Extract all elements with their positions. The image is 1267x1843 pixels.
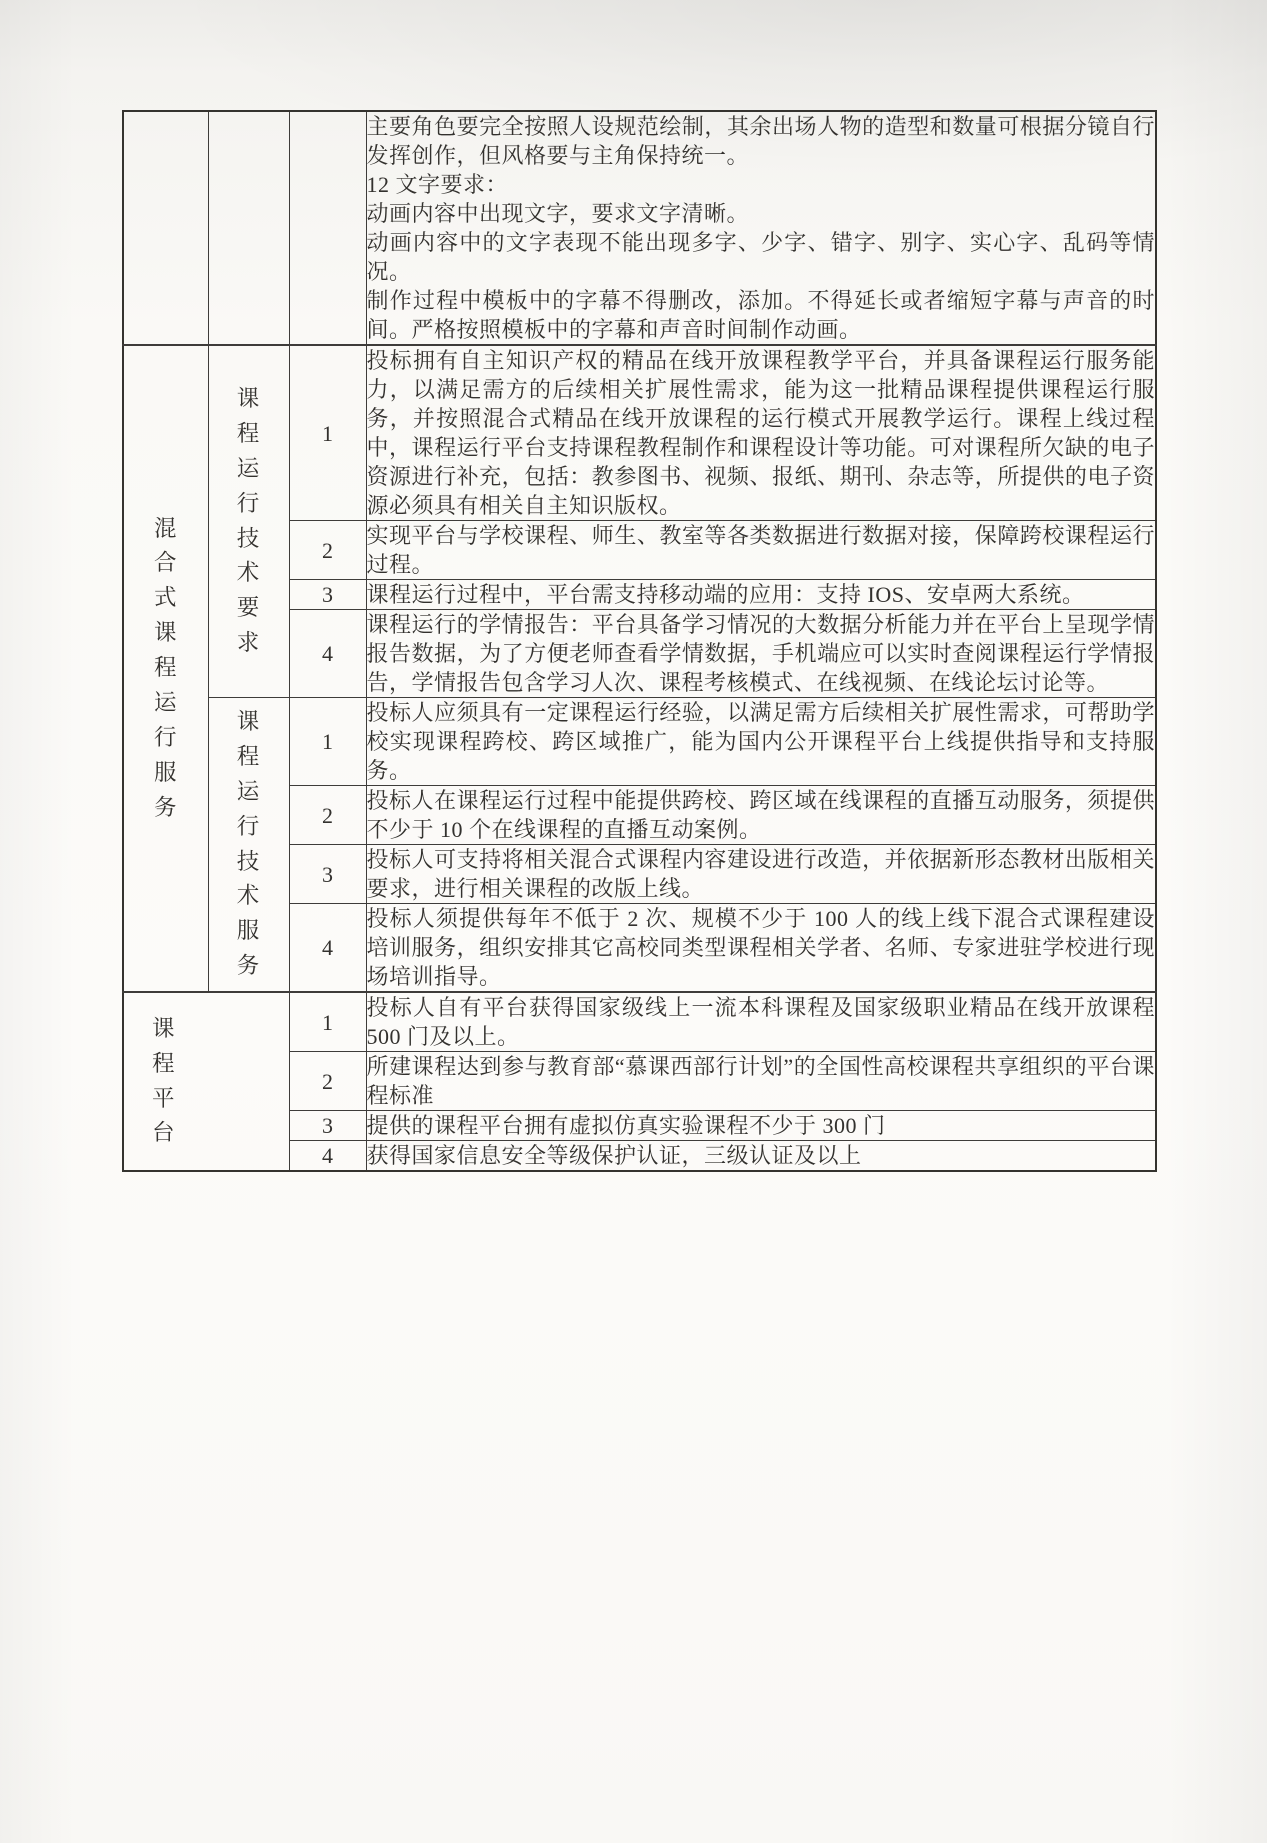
item-number-cell: 3 <box>289 845 366 904</box>
subsection-label: 课程运行技术要求 <box>237 382 261 661</box>
category-cell-empty <box>123 111 208 345</box>
item-number-cell: 2 <box>289 786 366 845</box>
item-text-cell: 主要角色要完全按照人设规范绘制，其余出场人物的造型和数量可根据分镜自行发挥创作，… <box>366 111 1156 345</box>
category-label: 课程平台 <box>152 1012 176 1152</box>
item-text-cell: 投标人自有平台获得国家级线上一流本科课程及国家级职业精品在线开放课程 500 门… <box>366 992 1156 1052</box>
item-text-cell: 投标拥有自主知识产权的精品在线开放课程教学平台，并具备课程运行服务能力，以满足需… <box>366 345 1156 521</box>
item-text-cell: 课程运行的学情报告：平台具备学习情况的大数据分析能力并在平台上呈现学情报告数据，… <box>366 610 1156 698</box>
subsection-cell: 课程运行技术服务 <box>208 698 289 993</box>
category-cell: 混合式课程运行服务 <box>123 345 208 992</box>
item-text-cell: 投标人可支持将相关混合式课程内容建设进行改造，并依据新形态教材出版相关要求，进行… <box>366 845 1156 904</box>
item-number-cell: 1 <box>289 992 366 1052</box>
item-number-cell: 1 <box>289 698 366 786</box>
item-number-cell: 1 <box>289 345 366 521</box>
subsection-label: 课程运行技术服务 <box>237 705 261 984</box>
item-number-cell: 2 <box>289 1052 366 1111</box>
table-row: 课程运行技术服务 1 投标人应须具有一定课程运行经验，以满足需方后续相关扩展性需… <box>123 698 1156 786</box>
item-number-cell: 2 <box>289 521 366 580</box>
item-text-cell: 投标人应须具有一定课程运行经验，以满足需方后续相关扩展性需求，可帮助学校实现课程… <box>366 698 1156 786</box>
item-text-cell: 提供的课程平台拥有虚拟仿真实验课程不少于 300 门 <box>366 1111 1156 1141</box>
item-text-cell: 实现平台与学校课程、师生、教室等各类数据进行数据对接，保障跨校课程运行过程。 <box>366 521 1156 580</box>
item-text-cell: 课程运行过程中，平台需支持移动端的应用：支持 IOS、安卓两大系统。 <box>366 580 1156 610</box>
item-number-cell: 3 <box>289 580 366 610</box>
category-cell: 课程平台 <box>123 992 289 1171</box>
item-text-cell: 投标人在课程运行过程中能提供跨校、跨区域在线课程的直播互动服务，须提供不少于 1… <box>366 786 1156 845</box>
category-label: 混合式课程运行服务 <box>154 512 178 826</box>
paragraph: 制作过程中模板中的字幕不得删改，添加。不得延长或者缩短字幕与声音的时间。严格按照… <box>367 286 1156 344</box>
item-number-cell: 3 <box>289 1111 366 1141</box>
paragraph: 主要角色要完全按照人设规范绘制，其余出场人物的造型和数量可根据分镜自行发挥创作，… <box>367 112 1156 170</box>
item-text-cell: 所建课程达到参与教育部“慕课西部行计划”的全国性高校课程共享组织的平台课程标准 <box>366 1052 1156 1111</box>
requirements-table: 主要角色要完全按照人设规范绘制，其余出场人物的造型和数量可根据分镜自行发挥创作，… <box>122 110 1157 1172</box>
item-text-cell: 获得国家信息安全等级保护认证，三级认证及以上 <box>366 1141 1156 1172</box>
table-row: 混合式课程运行服务 课程运行技术要求 1 投标拥有自主知识产权的精品在线开放课程… <box>123 345 1156 521</box>
subsection-cell-empty <box>208 111 289 345</box>
scanned-page: 主要角色要完全按照人设规范绘制，其余出场人物的造型和数量可根据分镜自行发挥创作，… <box>0 0 1267 1843</box>
item-number-cell: 4 <box>289 904 366 993</box>
item-text-cell: 投标人须提供每年不低于 2 次、规模不少于 100 人的线上线下混合式课程建设培… <box>366 904 1156 993</box>
item-number-cell: 4 <box>289 610 366 698</box>
table-row: 课程平台 1 投标人自有平台获得国家级线上一流本科课程及国家级职业精品在线开放课… <box>123 992 1156 1052</box>
paragraph: 12 文字要求： <box>367 170 1156 199</box>
subsection-cell: 课程运行技术要求 <box>208 345 289 698</box>
table-row: 主要角色要完全按照人设规范绘制，其余出场人物的造型和数量可根据分镜自行发挥创作，… <box>123 111 1156 345</box>
item-number-cell: 4 <box>289 1141 366 1172</box>
paragraph: 动画内容中出现文字，要求文字清晰。 <box>367 199 1156 228</box>
paragraph: 动画内容中的文字表现不能出现多字、少字、错字、别字、实心字、乱码等情况。 <box>367 228 1156 286</box>
item-number-cell-empty <box>289 111 366 345</box>
